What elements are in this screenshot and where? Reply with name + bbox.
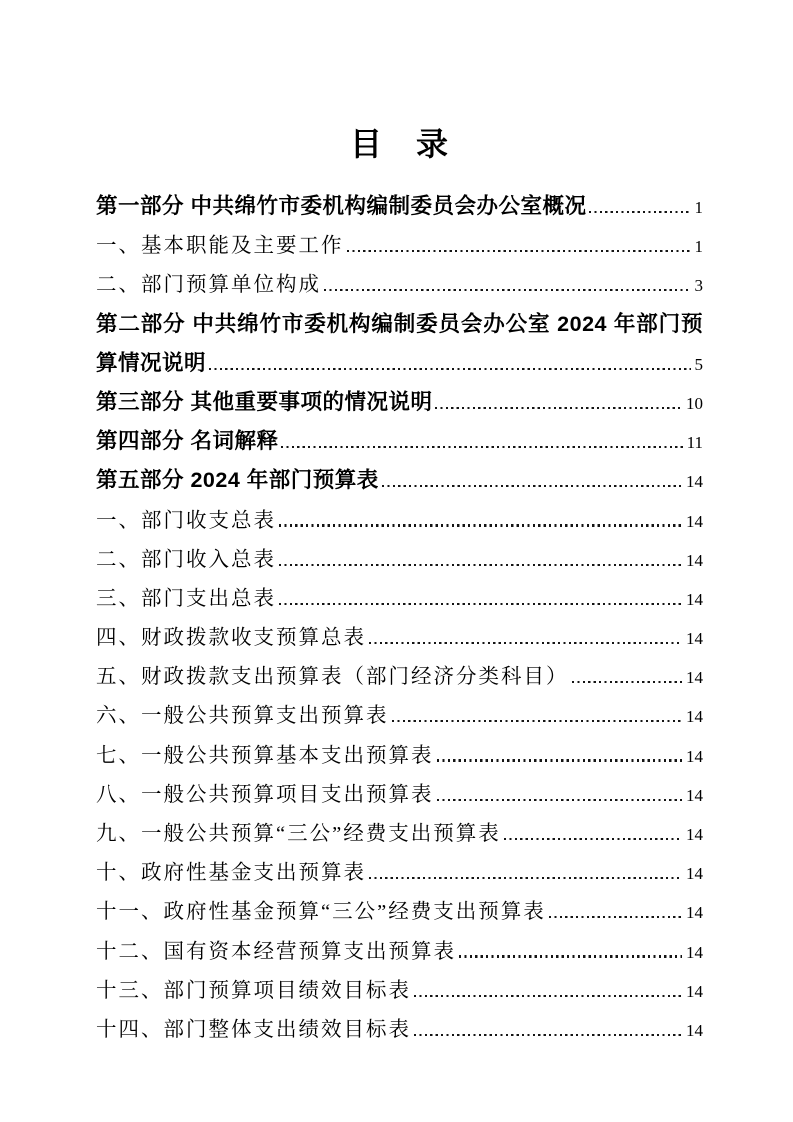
toc-entry: 二、部门预算单位构成 3: [96, 258, 703, 297]
toc-entry-title: 八、一般公共预算项目支出预算表: [96, 777, 434, 807]
dot-leader: [437, 759, 683, 761]
toc-entry: 算情况说明 5: [96, 337, 703, 376]
toc-entry: 十、政府性基金支出预算表 14: [96, 846, 703, 885]
toc-entry-page-number: 5: [695, 355, 704, 375]
toc-entry-title: 第二部分 中共绵竹市委机构编制委员会办公室 2024 年部门预: [96, 307, 703, 338]
toc-entry-title: 二、部门收入总表: [96, 542, 276, 572]
toc-entry-page-number: 14: [686, 629, 703, 649]
toc-entry-title: 十四、部门整体支出绩效目标表: [96, 1012, 411, 1042]
page-title: 目 录: [96, 127, 703, 161]
toc-entry-title: 五、财政拨款支出预算表（部门经济分类科目）: [96, 659, 569, 689]
toc-entry-page-number: 14: [686, 590, 703, 610]
toc-entry: 四、财政拨款收支预算总表 14: [96, 611, 703, 650]
toc-entry-page-number: 14: [686, 707, 703, 727]
toc-entry: 第一部分 中共绵竹市委机构编制委员会办公室概况 1: [96, 180, 703, 219]
toc-entry: 十一、政府性基金预算“三公”经费支出预算表 14: [96, 885, 703, 924]
toc-entry: 一、部门收支总表 14: [96, 494, 703, 533]
dot-leader: [435, 407, 682, 409]
toc-entry-page-number: 14: [686, 512, 703, 532]
toc-entry-page-number: 3: [695, 276, 704, 296]
dot-leader: [459, 955, 682, 957]
toc-list: 第一部分 中共绵竹市委机构编制委员会办公室概况 1 一、基本职能及主要工作 1 …: [96, 180, 703, 1042]
dot-leader: [414, 995, 682, 997]
dot-leader: [279, 524, 682, 526]
toc-entry: 八、一般公共预算项目支出预算表 14: [96, 768, 703, 807]
toc-entry-title: 一、基本职能及主要工作: [96, 228, 344, 258]
toc-entry: 九、一般公共预算“三公”经费支出预算表 14: [96, 807, 703, 846]
dot-leader: [437, 799, 683, 801]
toc-entry-page-number: 14: [686, 551, 703, 571]
toc-entry: 十三、部门预算项目绩效目标表 14: [96, 964, 703, 1003]
toc-entry-page-number: 14: [686, 747, 703, 767]
document-page: 目 录 第一部分 中共绵竹市委机构编制委员会办公室概况 1 一、基本职能及主要工…: [0, 0, 793, 1122]
toc-entry-page-number: 14: [686, 982, 703, 1002]
dot-leader: [369, 642, 682, 644]
toc-entry-page-number: 14: [686, 786, 703, 806]
toc-entry: 十四、部门整体支出绩效目标表 14: [96, 1003, 703, 1042]
toc-entry-page-number: 1: [695, 198, 704, 218]
toc-entry-title: 十三、部门预算项目绩效目标表: [96, 973, 411, 1003]
toc-entry-page-number: 11: [687, 433, 703, 453]
toc-entry-page-number: 14: [686, 1021, 703, 1041]
toc-entry-title: 十、政府性基金支出预算表: [96, 855, 366, 885]
dot-leader: [504, 838, 682, 840]
toc-entry: 五、财政拨款支出预算表（部门经济分类科目） 14: [96, 650, 703, 689]
toc-entry-title: 第四部分 名词解释: [96, 424, 278, 455]
toc-entry: 二、部门收入总表 14: [96, 533, 703, 572]
toc-entry: 一、基本职能及主要工作 1: [96, 219, 703, 258]
toc-entry-page-number: 1: [695, 237, 704, 257]
dot-leader: [324, 289, 691, 291]
toc-entry-title: 七、一般公共预算基本支出预算表: [96, 738, 434, 768]
dot-leader: [392, 720, 683, 722]
toc-entry: 十二、国有资本经营预算支出预算表 14: [96, 925, 703, 964]
toc-entry: 第五部分 2024 年部门预算表 14: [96, 454, 703, 493]
toc-entry-page-number: 14: [686, 943, 703, 963]
toc-entry-title: 六、一般公共预算支出预算表: [96, 698, 389, 728]
toc-entry-page-number: 14: [686, 864, 703, 884]
toc-entry-title: 十一、政府性基金预算“三公”经费支出预算表: [96, 894, 546, 924]
dot-leader: [572, 681, 683, 683]
toc-entry: 第三部分 其他重要事项的情况说明 10: [96, 376, 703, 415]
toc-entry-title: 三、部门支出总表: [96, 581, 276, 611]
toc-entry: 六、一般公共预算支出预算表 14: [96, 689, 703, 728]
toc-entry-title: 十二、国有资本经营预算支出预算表: [96, 934, 456, 964]
toc-entry: 三、部门支出总表 14: [96, 572, 703, 611]
toc-entry-page-number: 14: [686, 472, 703, 492]
dot-leader: [347, 250, 691, 252]
toc-entry-title: 一、部门收支总表: [96, 503, 276, 533]
toc-entry-page-number: 14: [686, 668, 703, 688]
dot-leader: [369, 877, 682, 879]
dot-leader: [382, 485, 682, 487]
toc-entry-title: 第五部分 2024 年部门预算表: [96, 463, 379, 494]
dot-leader: [414, 1034, 682, 1036]
dot-leader: [209, 368, 690, 370]
dot-leader: [279, 603, 682, 605]
toc-entry-title: 四、财政拨款收支预算总表: [96, 620, 366, 650]
toc-entry-page-number: 10: [686, 394, 703, 414]
toc-entry-title: 算情况说明: [96, 346, 206, 377]
toc-entry-title: 第一部分 中共绵竹市委机构编制委员会办公室概况: [96, 189, 586, 220]
dot-leader: [589, 211, 690, 213]
toc-entry-title: 二、部门预算单位构成: [96, 267, 321, 297]
toc-entry: 七、一般公共预算基本支出预算表 14: [96, 729, 703, 768]
toc-entry: 第二部分 中共绵竹市委机构编制委员会办公室 2024 年部门预: [96, 298, 703, 337]
toc-entry-title: 第三部分 其他重要事项的情况说明: [96, 385, 432, 416]
dot-leader: [279, 564, 682, 566]
dot-leader: [549, 916, 682, 918]
toc-entry-page-number: 14: [686, 825, 703, 845]
dot-leader: [281, 446, 682, 448]
toc-entry-page-number: 14: [686, 903, 703, 923]
toc-entry-title: 九、一般公共预算“三公”经费支出预算表: [96, 816, 501, 846]
toc-entry: 第四部分 名词解释 11: [96, 415, 703, 454]
